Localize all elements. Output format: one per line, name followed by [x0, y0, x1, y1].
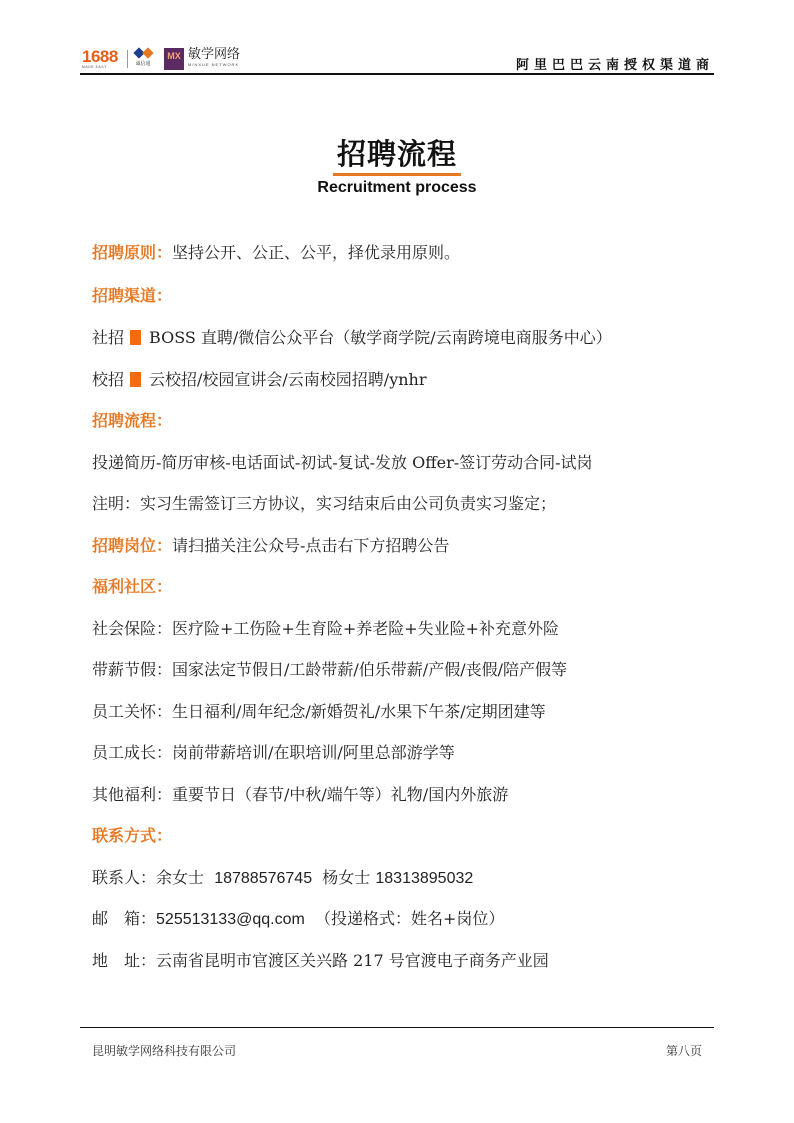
benefit-item: 社会保险：医疗险+工伤险+生育险+养老险+失业险+补充意外险 [92, 619, 559, 639]
channel-social-row: 社招BOSS 直聘/微信公众平台（敏学商学院/云南跨境电商服务中心） [92, 328, 612, 348]
channel-label: 校招 [92, 370, 124, 389]
page-title: 招聘流程 [0, 132, 794, 173]
principle-row: 招聘原则：坚持公开、公正、公平，择优录用原则。 [92, 243, 460, 263]
logo-1688: 1688 MADE EASY [82, 48, 126, 72]
footer-page-number: 第八页 [666, 1042, 702, 1059]
header-tagline: 阿里巴巴云南授权渠道商 [516, 54, 714, 73]
channel-text: BOSS 直聘/微信公众平台（敏学商学院/云南跨境电商服务中心） [149, 328, 612, 347]
process-steps: 投递简历-简历审核-电话面试-初试-复试-发放 Offer-签订劳动合同-试岗 [92, 453, 593, 473]
positions-heading: 招聘岗位： [92, 536, 172, 555]
principle-heading: 招聘原则： [92, 243, 172, 262]
channel-label: 社招 [92, 328, 124, 347]
principle-text: 坚持公开、公正、公平，择优录用原则。 [172, 243, 460, 262]
process-heading: 招聘流程： [92, 411, 172, 430]
contact-person-2: 杨女士 [322, 868, 370, 887]
channels-heading-row: 招聘渠道： [92, 286, 172, 306]
footer-company: 昆明敏学网络科技有限公司 [92, 1042, 236, 1059]
contact-email-row: 邮 箱：525513133@qq.com （投递格式：姓名+岗位） [92, 909, 504, 930]
benefit-item: 员工关怀：生日福利/周年纪念/新婚贺礼/水果下午茶/定期团建等 [92, 702, 546, 722]
logo-chengxintong: 诚信通 [132, 48, 154, 72]
contact-phone-2: 18313895032 [375, 870, 473, 887]
contact-heading-row: 联系方式： [92, 826, 172, 846]
contact-heading: 联系方式： [92, 826, 172, 845]
logo-mx: MX [164, 48, 184, 70]
contact-email-note: （投递格式：姓名+岗位） [315, 909, 504, 928]
process-note: 注明：实习生需签订三方协议，实习结束后由公司负责实习鉴定； [92, 494, 556, 514]
benefit-item: 带薪节假：国家法定节假日/工龄带薪/伯乐带薪/产假/丧假/陪产假等 [92, 660, 567, 680]
benefits-heading: 福利社区： [92, 577, 172, 596]
process-heading-row: 招聘流程： [92, 411, 172, 431]
positions-row: 招聘岗位：请扫描关注公众号-点击右下方招聘公告 [92, 536, 449, 556]
header-divider [80, 73, 714, 75]
channels-heading: 招聘渠道： [92, 286, 172, 305]
contact-email: 525513133@qq.com [156, 911, 305, 928]
contact-person-1: 余女士 [156, 868, 204, 887]
contact-person-row: 联系人：余女士 18788576745 杨女士 18313895032 [92, 868, 473, 889]
channel-campus-row: 校招云校招/校园宣讲会/云南校园招聘/ynhr [92, 370, 427, 390]
page-subtitle: Recruitment process [0, 179, 794, 197]
footer-divider [80, 1027, 714, 1028]
contact-address: 云南省昆明市官渡区关兴路 217 号官渡电子商务产业园 [156, 951, 549, 970]
handshake-icon [132, 49, 154, 57]
square-bullet-icon [130, 330, 141, 345]
positions-text: 请扫描关注公众号-点击右下方招聘公告 [172, 536, 449, 555]
benefits-heading-row: 福利社区： [92, 577, 172, 597]
contact-address-row: 地 址：云南省昆明市官渡区关兴路 217 号官渡电子商务产业园 [92, 951, 549, 971]
title-underline [333, 173, 461, 176]
contact-phone-1: 18788576745 [214, 870, 312, 887]
square-bullet-icon [130, 372, 141, 387]
channel-text: 云校招/校园宣讲会/云南校园招聘/ynhr [149, 370, 426, 389]
benefit-item: 其他福利：重要节日（春节/中秋/端午等）礼物/国内外旅游 [92, 785, 508, 805]
logo-minxue-text: 敏学网络 MINXUE NETWORK [188, 48, 240, 67]
benefit-item: 员工成长：岗前带薪培训/在职培训/阿里总部游学等 [92, 743, 455, 763]
logo-separator [127, 50, 128, 68]
page-header: 1688 MADE EASY 诚信通 MX 敏学网络 MINXUE NETWOR… [80, 46, 714, 74]
